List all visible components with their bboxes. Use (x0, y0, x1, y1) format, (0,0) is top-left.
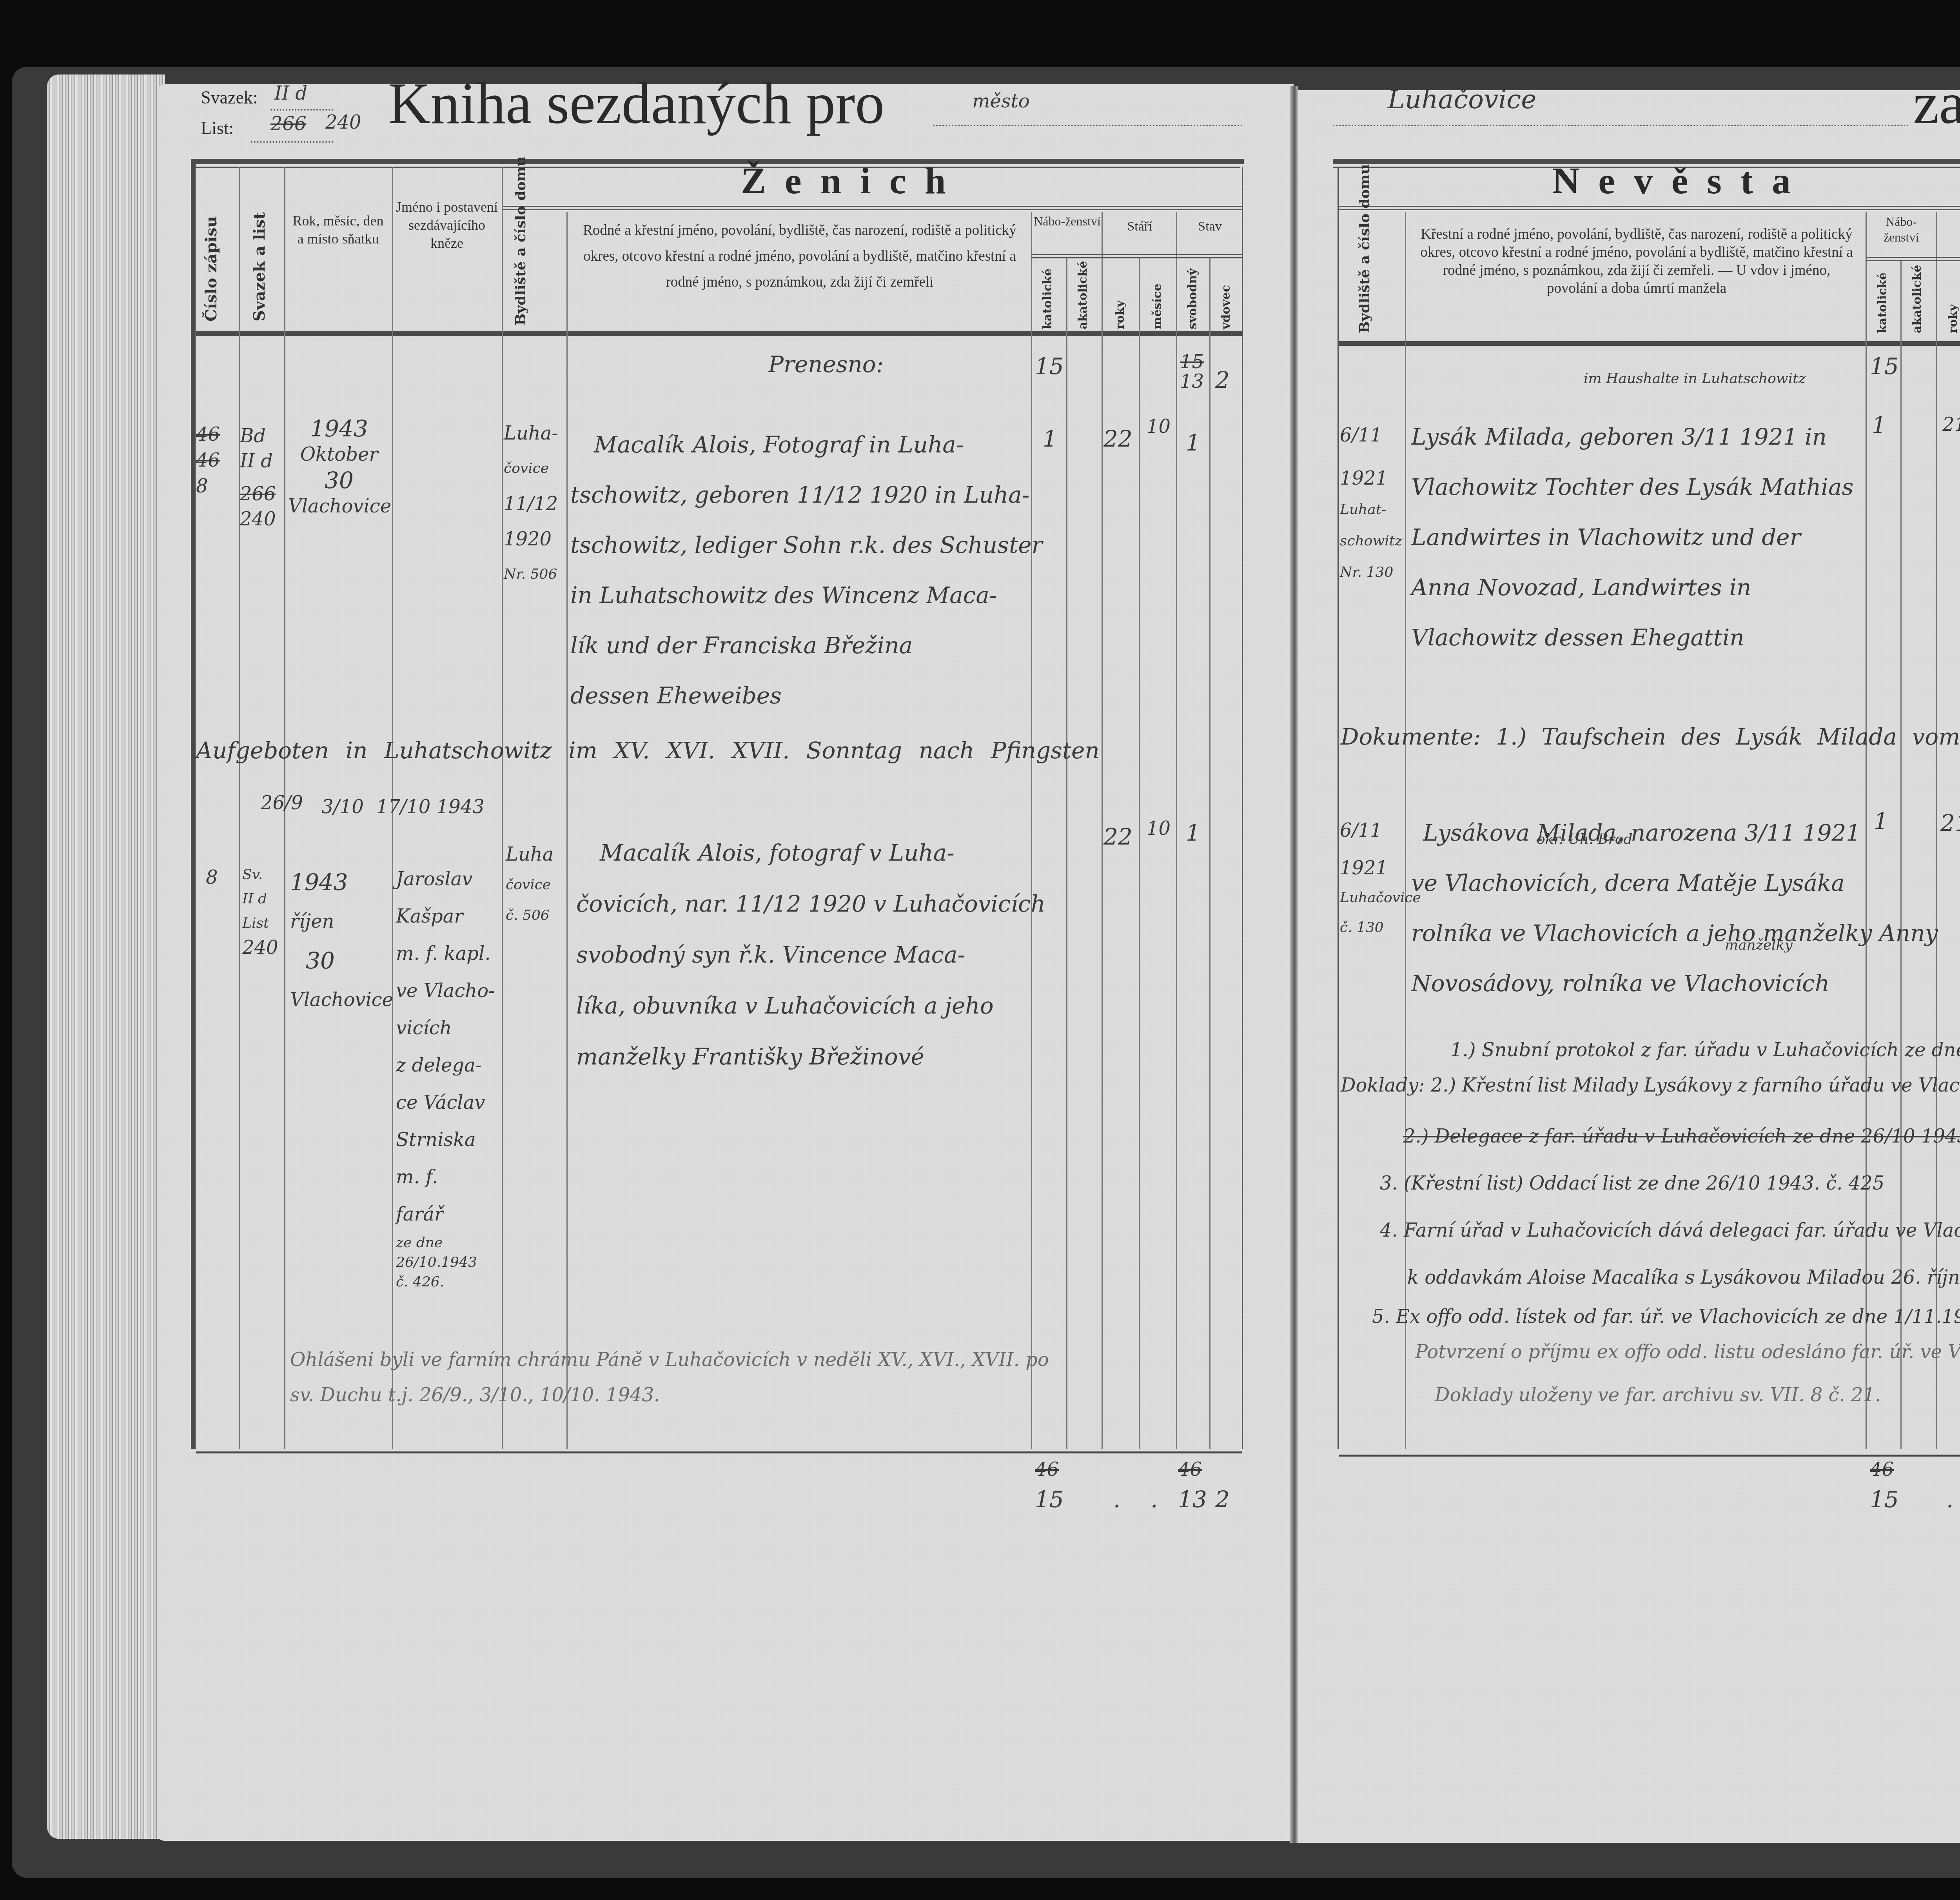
entry2-knez-line: ve Vlacho- (396, 972, 502, 1010)
left-totals-rule (196, 1451, 1242, 1453)
nevesta-title: Nevěsta (1552, 159, 1809, 202)
header-stav: Stav (1178, 218, 1242, 236)
entry1-bydliste-line: 1920 (504, 521, 566, 557)
entry1-datum-line: 30 (288, 467, 390, 493)
entry2-bride-bydliste-line: 1921 (1340, 853, 1405, 883)
entry1-cislo-line: 46 (196, 423, 239, 445)
entry2-bride-text-line: ve Vlachovicích, dcera Matěje Lysáka (1411, 858, 1862, 908)
entry2-bride-bydliste-line: č. 130 (1340, 913, 1405, 943)
entry1-bride-bydliste-line: Nr. 130 (1340, 557, 1405, 588)
place-fill: Luhačovice (1388, 84, 1536, 114)
entry2-cislo: 8 (206, 866, 218, 888)
entry2-knez-line: z delega- (396, 1047, 502, 1084)
entry1-bride-text: Lysák Milada, geboren 3/11 1921 in Vlach… (1411, 412, 1862, 663)
entry1-text-line: tschowitz, geboren 11/12 1920 in Luha- (570, 470, 1029, 520)
doklady-line-2: Doklady: 2.) Křestní list Milady Lysákov… (1341, 1074, 1960, 1096)
aufgeboten-note: Aufgeboten in Luhatschowitz im XV. XVI. … (196, 737, 1239, 764)
entry2-knez-line: m. f. (396, 1159, 502, 1196)
entry1-datum: 1943 Oktober 30 Vlachovice (288, 416, 390, 519)
header-stari-nevesta: Stáří (1938, 220, 1960, 238)
subgroup-rule (1031, 257, 1242, 258)
total-svobodny-struck: 46 (1178, 1459, 1202, 1480)
entry2-text-line: svobodný syn ř.k. Vincence Maca- (576, 929, 1031, 980)
entry2-text-line: čovicích, nar. 11/12 1920 v Luhačovicích (576, 878, 1031, 929)
col-divider (239, 167, 240, 1449)
entry1-svazek-line: 240 (240, 507, 283, 532)
entry2-svobodny: 1 (1186, 819, 1200, 846)
entry2-knez-line: Strniska (396, 1121, 502, 1159)
ohlaseni-note-line2: sv. Duchu t.j. 26/9., 3/10., 10/10. 1943… (290, 1384, 660, 1406)
book-gutter (1290, 86, 1298, 1843)
entry1-text-line: lík und der Franciska Břežina (570, 620, 1029, 670)
col-divider (502, 167, 503, 1449)
ohlaseni-note-line1: Ohlášeni byli ve farním chrámu Páně v Lu… (290, 1349, 1049, 1371)
entry1-cislo-line: 46 (196, 449, 239, 471)
total-katolicke-struck: 46 (1035, 1459, 1059, 1480)
col-divider (1209, 257, 1210, 1449)
entry2-knez-line: ze dne (396, 1233, 502, 1253)
zenich-title: Ženich (741, 159, 965, 202)
header-krestni-jmeno: Křestní a rodné jméno, povolání, bydlišt… (1419, 225, 1854, 298)
carry-katolicke-nevesta: 15 (1870, 353, 1899, 380)
entry2-bydliste-line: čovice (506, 870, 564, 900)
title-line (933, 125, 1243, 126)
entry1-bydliste-line: 11/12 (504, 486, 566, 521)
header-stari: Stáří (1103, 218, 1176, 236)
zenich-underline-2 (502, 209, 1242, 210)
list-value: 240 (325, 111, 361, 133)
entry1-svazek: Bd II d 266 240 (240, 423, 283, 532)
header-svobodny: svobodný (1186, 267, 1200, 329)
header-bydliste-nevesta: Bydliště a číslo domu (1354, 231, 1375, 333)
entry2-bride-bydliste-line: 6/11 (1340, 816, 1405, 845)
entry2-knez-line: Kašpar (396, 898, 502, 935)
entry1-datum-line: Vlachovice (288, 493, 390, 519)
entry2-mesice: 10 (1147, 817, 1171, 839)
entry1-bride-roky: 21 (1942, 414, 1960, 436)
right-totals-rule (1339, 1455, 1960, 1457)
entry2-okres-annotation: okr. Uh. Brod (1537, 831, 1632, 847)
col-divider (1936, 212, 1937, 1449)
register-title: Kniha sezdaných pro (388, 70, 884, 137)
entry1-bride-bydliste-line: schowitz (1340, 525, 1405, 557)
entry1-roky: 22 (1103, 425, 1132, 452)
scanned-register-spread: Svazek: II d List: 266 240 Kniha sezdaný… (0, 0, 1960, 1900)
entry2-knez-line: vicích (396, 1010, 502, 1047)
right-header-bottom-rule (1339, 341, 1960, 346)
ohlaseni-date-3: 17/10 1943 (376, 796, 485, 818)
header-akatolicke: akatolické (1076, 267, 1090, 329)
entry2-datum-line: 1943 (290, 863, 388, 902)
entry2-knez: Jaroslav Kašpar m. f. kapl. ve Vlacho- v… (396, 823, 502, 1292)
entry2-datum: 1943 říjen 30 Vlachovice (290, 863, 388, 1019)
left-table-top-rule-inner (195, 167, 1240, 168)
list-value-struck: 266 (270, 113, 307, 135)
entry2-svazek-line: Sv. (242, 863, 283, 887)
entry2-manzelky-annotation: manželky (1725, 937, 1793, 953)
header-svazek-a-list: Svazek a list (250, 220, 269, 322)
total-katolicke-nevesta-struck: 46 (1870, 1459, 1894, 1480)
entry1-bride-katolicke: 1 (1872, 412, 1886, 438)
entry2-knez-line: č. 426. (396, 1272, 502, 1292)
entry1-svazek-line: Bd (240, 423, 283, 449)
title-fill-mesto: město (972, 90, 1030, 112)
entry1-bride-bydliste-line: 6/11 (1340, 420, 1405, 451)
year-label: za rok (1913, 70, 1960, 137)
left-header-bottom-rule (196, 331, 1242, 336)
col-divider (1866, 212, 1867, 1449)
header-rodne-jmeno: Rodné a křestní jméno, povolání, bydlišt… (580, 218, 1019, 295)
header-bydliste: Bydliště a číslo domu (510, 227, 532, 325)
entry1-cislo-line: 8 (196, 475, 239, 497)
carry-svobodny-struck: 15 (1180, 351, 1204, 373)
entry2-knez-line: m. f. kapl. (396, 935, 502, 972)
entry1-bride-text-line: Vlachowitz dessen Ehegattin (1411, 612, 1862, 663)
entry2-text-line: manželky Františky Břežinové (576, 1031, 1031, 1082)
entry2-bydliste-line: Luha (506, 839, 564, 870)
total-katolicke: 15 (1035, 1486, 1064, 1513)
entry1-svazek-line: II d (240, 449, 283, 474)
col-divider (1139, 257, 1140, 1449)
doklady-line-7: 5. Ex offo odd. lístek od far. úř. ve Vl… (1372, 1306, 1960, 1328)
header-roky-nevesta: roky (1946, 306, 1960, 333)
carry-over-label: Prenesno: (768, 351, 884, 378)
doklady-line-8: Potvrzení o příjmu ex offo odd. listu od… (1415, 1341, 1960, 1363)
entry2-roky: 22 (1103, 823, 1132, 850)
col-divider (566, 212, 568, 1449)
left-table-right-border (1242, 167, 1243, 1449)
entry2-knez-line: 26/10.1943 (396, 1253, 502, 1272)
entry1-datum-line: 1943 (288, 416, 390, 441)
entry1-datum-line: Oktober (288, 441, 390, 467)
svazek-line (270, 109, 333, 111)
total-vdovec: 2 (1215, 1486, 1230, 1513)
header-katolicke-nevesta: katolické (1876, 271, 1889, 333)
entry2-datum-line: říjen (290, 902, 388, 941)
entry1-bride-text-line: Anna Novozad, Landwirtes in (1411, 562, 1862, 612)
subgroup-rule (1866, 257, 1960, 258)
entry2-bride-text-line: rolníka ve Vlachovicích a jeho manželky … (1411, 908, 1862, 958)
header-katolicke: katolické (1041, 267, 1054, 329)
entry2-text-line: líka, obuvníka v Luhačovicích a jeho (576, 980, 1031, 1031)
header-roky: roky (1113, 298, 1127, 329)
doklady-line-9: Doklady uloženy ve far. archivu sv. VII.… (1435, 1384, 1881, 1406)
entry2-groom-text: Macalík Alois, fotograf v Luha- čovicích… (576, 827, 1031, 1082)
entry2-text-line: Macalík Alois, fotograf v Luha- (576, 827, 1031, 878)
entry1-bride-text-line: Landwirtes in Vlachowitz und der (1411, 512, 1862, 562)
header-akatolicke-nevesta: akatolické (1910, 271, 1924, 333)
entry1-bride-text-line: Lysák Milada, geboren 3/11 1921 in (1411, 412, 1862, 462)
left-page-stack (47, 74, 165, 1839)
entry1-text-line: dessen Eheweibes (570, 670, 1029, 721)
total-roky: . (1113, 1486, 1120, 1513)
ohlaseni-date-2: 3/10 (321, 796, 364, 818)
header-nabozenstvi: Nábo-ženství (1033, 214, 1102, 229)
header-vdovec: vdovec (1219, 278, 1233, 329)
header-jmeno-knez: Jméno i postavení sezdávajícího kněze (396, 198, 498, 252)
subgroup-rule (1031, 254, 1242, 255)
nevesta-underline-2 (1339, 209, 1960, 210)
entry2-knez-line: farář (396, 1196, 502, 1233)
entry2-bride-bydliste: 6/11 1921 Luhačovice č. 130 (1340, 816, 1405, 943)
left-table-top-rule (191, 159, 1244, 164)
entry2-bride-katolicke: 1 (1874, 808, 1888, 834)
entry2-svazek-line: 240 (242, 935, 283, 960)
col-divider (1031, 212, 1032, 1449)
entry2-bride-text-line: Lysákova Milada, narozena 3/11 1921 (1411, 808, 1862, 858)
entry2-bride-roky: 21 (1940, 810, 1960, 836)
entry2-knez-line: ce Václav (396, 1084, 502, 1121)
total-svobodny: 13 (1178, 1486, 1207, 1513)
entry2-knez-line: Jaroslav (396, 861, 502, 898)
entry2-bydliste: Luha čovice č. 506 (506, 839, 564, 931)
ohlaseni-date-1: 26/9 (261, 792, 303, 814)
entry1-bydliste-line: čovice (504, 451, 566, 486)
list-label: List: (201, 118, 234, 138)
entry1-bride-bydliste: 6/11 1921 Luhat- schowitz Nr. 130 (1340, 420, 1405, 588)
left-table-left-border (191, 159, 196, 1449)
header-nabozenstvi-nevesta: Nábo-ženství (1868, 214, 1935, 245)
subgroup-rule (1866, 260, 1960, 261)
entry1-bydliste: Luha- čovice 11/12 1920 Nr. 506 (504, 416, 566, 592)
doklady-line-3: 2.) Delegace z far. úřadu v Luhačovicích… (1403, 1125, 1960, 1147)
dokumente-note: Dokumente: 1.) Taufschein des Lysák Mila… (1341, 723, 1960, 750)
header-cislo-zapisu: Číslo zápisu (202, 220, 220, 322)
place-line (1333, 125, 1909, 126)
right-table-left-border (1338, 167, 1339, 1449)
entry2-bride-text-line: Novosádovy, rolníka ve Vlachovicích (1411, 958, 1862, 1008)
col-divider (1176, 212, 1177, 1449)
entry2-svazek-line: II d (242, 887, 283, 911)
entry1-text-line: in Luhatschowitz des Wincenz Maca- (570, 570, 1029, 620)
entry2-datum-line: Vlachovice (290, 980, 388, 1019)
svazek-label: Svazek: (201, 87, 258, 108)
doklady-line-6: k oddavkám Aloise Macalíka s Lysákovou M… (1407, 1266, 1960, 1288)
total-mesice: . (1151, 1486, 1158, 1513)
header-mesice: měsíce (1151, 282, 1164, 329)
total-katolicke-nevesta: 15 (1870, 1486, 1899, 1513)
entry2-svazek: Sv. II d List 240 (242, 863, 283, 960)
entry2-bydliste-line: č. 506 (506, 900, 564, 931)
zenich-underline (502, 206, 1242, 207)
list-line (251, 141, 333, 143)
entry2-bride-text: Lysákova Milada, narozena 3/11 1921 ve V… (1411, 808, 1862, 1008)
entry1-svobodny: 1 (1186, 429, 1200, 456)
entry1-katolicke: 1 (1043, 425, 1057, 452)
entry1-text-line: Macalík Alois, Fotograf in Luha- (570, 420, 1029, 470)
carry-katolicke: 15 (1035, 353, 1064, 380)
entry1-bride-bydliste-line: 1921 (1340, 463, 1405, 494)
nevesta-underline (1339, 206, 1960, 207)
total-roky-nevesta: . (1946, 1486, 1953, 1513)
entry1-bride-bydliste-line: Luhat- (1340, 494, 1405, 525)
entry1-text-line: tschowitz, lediger Sohn r.k. des Schuste… (570, 520, 1029, 570)
entry1-mesice: 10 (1147, 416, 1171, 438)
entry1-svazek-line: 266 (240, 481, 283, 507)
doklady-line-5: 4. Farní úřad v Luhačovicích dává delega… (1380, 1219, 1960, 1241)
entry1-bride-text-line: Vlachowitz Tochter des Lysák Mathias (1411, 462, 1862, 512)
entry1-bydliste-line: Luha- (504, 416, 566, 451)
carry-vdovec: 2 (1215, 367, 1230, 393)
entry1-bride-annotation: im Haushalte in Luhatschowitz (1584, 371, 1806, 387)
entry1-bydliste-line: Nr. 506 (504, 557, 566, 592)
entry1-groom-text: Macalík Alois, Fotograf in Luha- tschowi… (570, 420, 1029, 721)
entry2-datum-line: 30 (290, 941, 388, 980)
col-divider (1405, 212, 1406, 1449)
header-rok-mesic: Rok, měsíc, den a místo sňatku (288, 212, 388, 248)
col-divider (1066, 257, 1067, 1449)
entry2-bride-bydliste-line: Luhačovice (1340, 883, 1405, 913)
doklady-line-1: 1.) Snubní protokol z far. úřadu v Luhač… (1450, 1039, 1960, 1061)
col-divider (1102, 212, 1103, 1449)
entry1-cislo: 46 46 8 (196, 423, 239, 497)
doklady-line-4: 3. (Křestní list) Oddací list ze dne 26/… (1380, 1172, 1884, 1194)
entry2-svazek-line: List (242, 911, 283, 935)
svazek-value: II d (274, 82, 307, 104)
carry-svobodny: 13 (1180, 371, 1204, 392)
